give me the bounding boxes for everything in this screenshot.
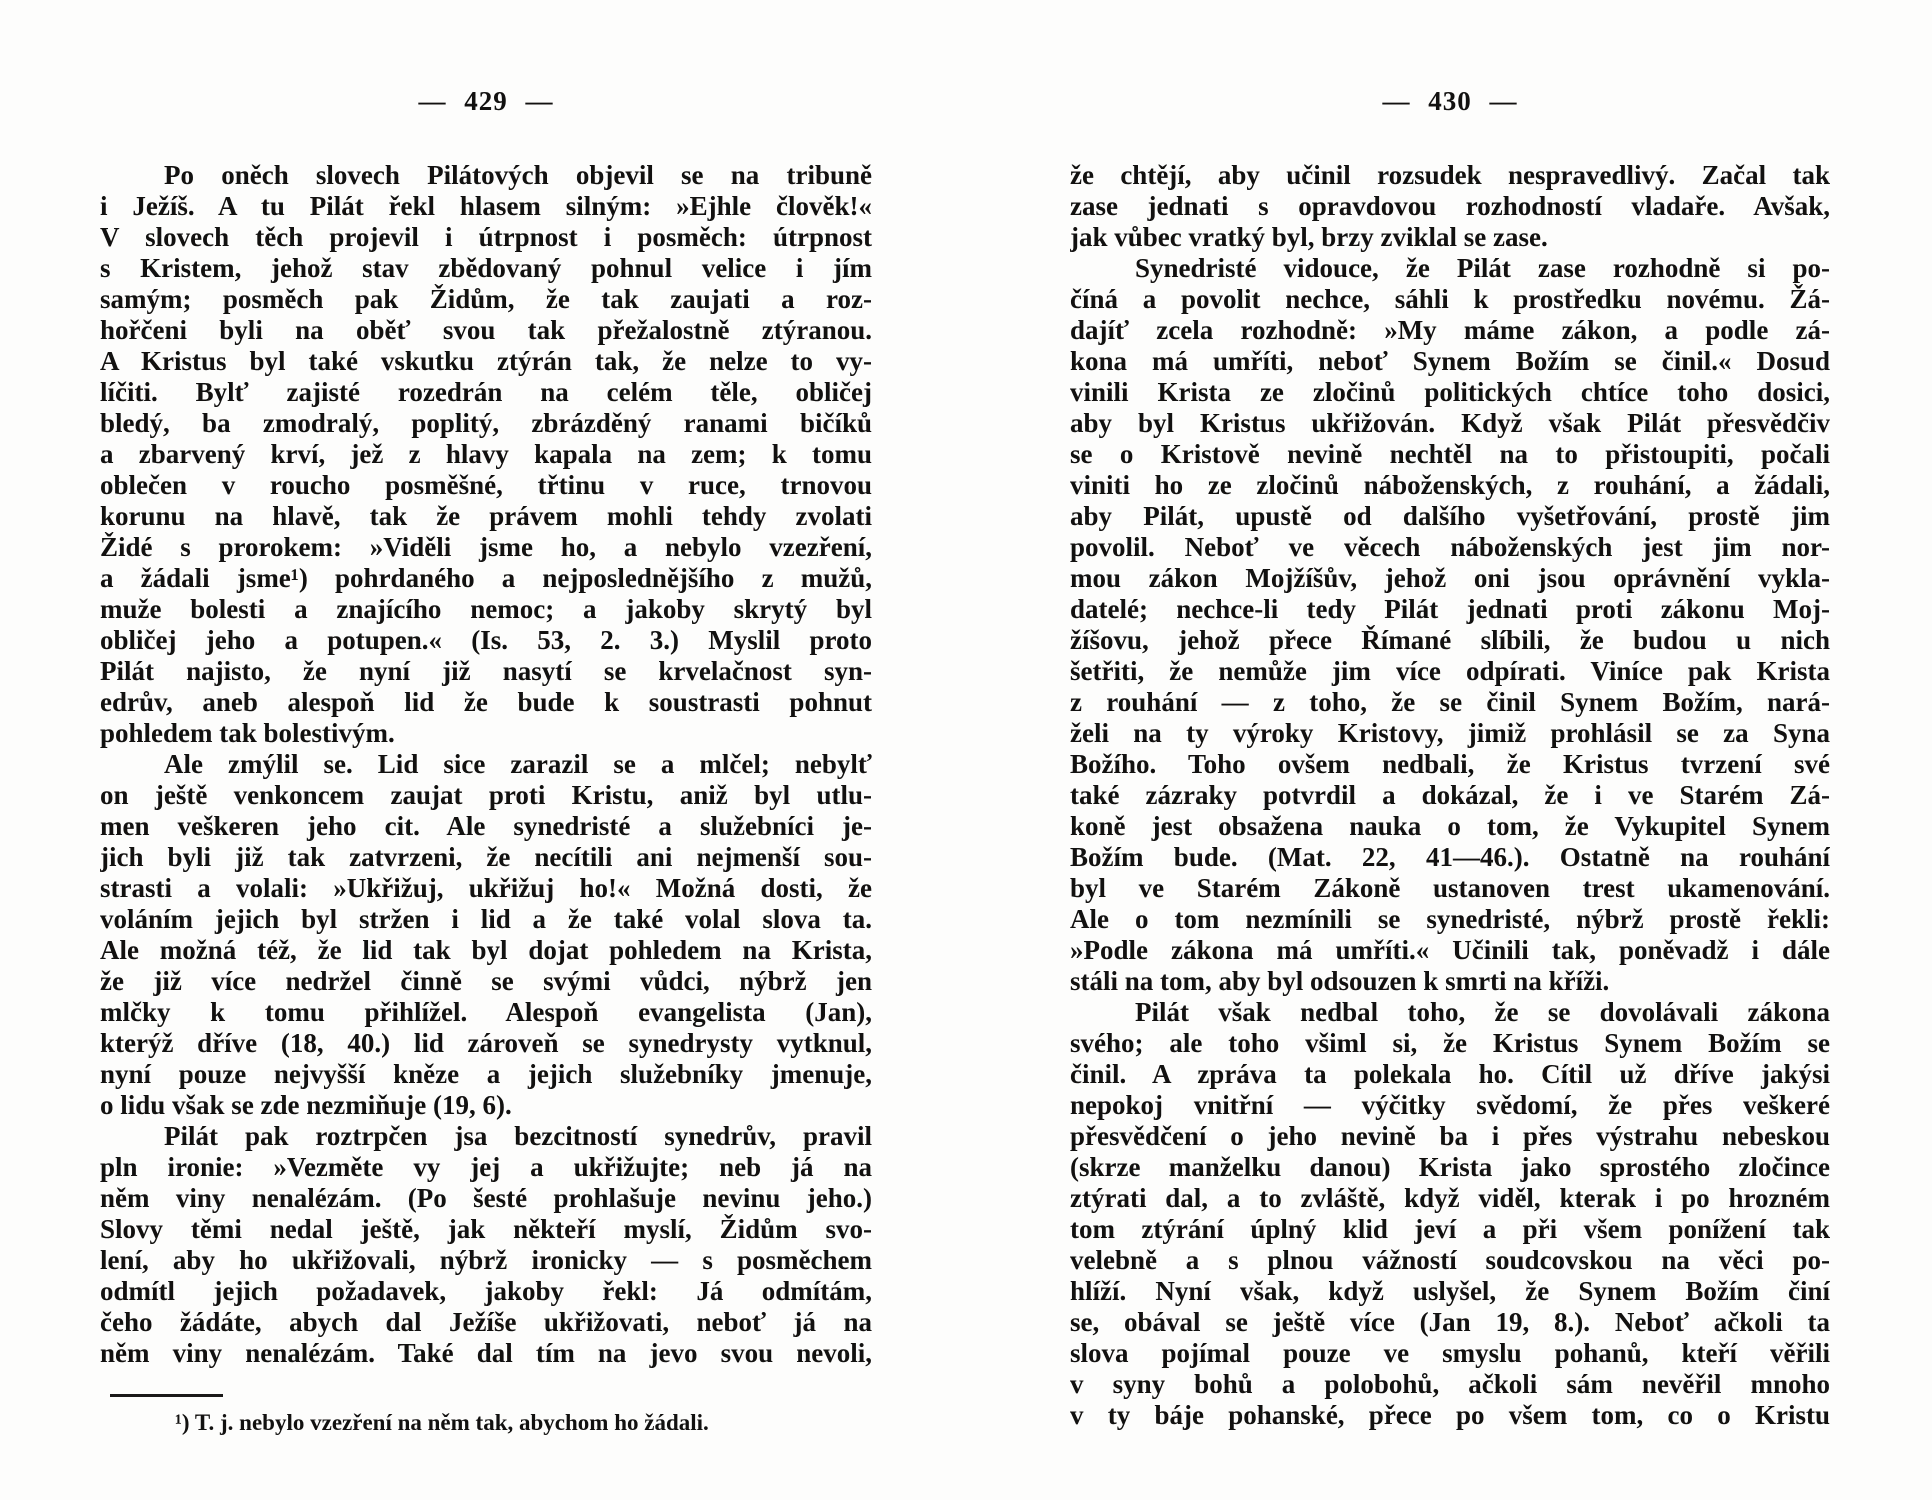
page-429-text-column: Po oněch slovech Pilátových objevil se n… xyxy=(100,160,872,1369)
text-line: čeho žádáte, abych dal Ježíše ukřižovati… xyxy=(100,1307,872,1338)
text-line: se o Kristově nevině nechtěl na to přist… xyxy=(1070,439,1830,470)
text-line: obličej jeho a potupen.« (Is. 53, 2. 3.)… xyxy=(100,625,872,656)
paragraph: že chtějí, aby učinil rozsudek nespraved… xyxy=(1070,160,1830,253)
text-line: lení, aby ho ukřižovali, nýbrž ironicky … xyxy=(100,1245,872,1276)
text-line: samým; posměch pak Židům, že tak zaujati… xyxy=(100,284,872,315)
text-line: Pilát však nedbal toho, že se dovolávali… xyxy=(1070,997,1830,1028)
text-line: číná a povolit nechce, sáhli k prostředk… xyxy=(1070,284,1830,315)
text-line: že chtějí, aby učinil rozsudek nespraved… xyxy=(1070,160,1830,191)
text-line: odmítl jejich požadavek, jakoby řekl: Já… xyxy=(100,1276,872,1307)
paragraph: Pilát pak roztrpčen jsa bezcitností syne… xyxy=(100,1121,872,1369)
text-line: z rouhání — z toho, že se činil Synem Bo… xyxy=(1070,687,1830,718)
text-line: datelé; nechce-li tedy Pilát jednati pro… xyxy=(1070,594,1830,625)
text-line: tom ztýrání úplný klid jeví a při všem p… xyxy=(1070,1214,1830,1245)
text-line: dajíť zcela rozhodně: »My máme zákon, a … xyxy=(1070,315,1830,346)
text-line: také zázraky potvrdil a dokázal, že i ve… xyxy=(1070,780,1830,811)
text-line: on ještě venkoncem zaujat proti Kristu, … xyxy=(100,780,872,811)
page-430: — 430 — že chtějí, aby učinil rozsudek n… xyxy=(1070,0,1830,1500)
text-line: s Kristem, jehož stav zbědovaný pohnul v… xyxy=(100,253,872,284)
text-line: slova pojímal pouze ve smyslu pohanů, kt… xyxy=(1070,1338,1830,1369)
text-line: i Ježíš. A tu Pilát řekl hlasem silným: … xyxy=(100,191,872,222)
text-line: v syny bohů a polobohů, ačkoli sám nevěř… xyxy=(1070,1369,1830,1400)
text-line: jich byli již tak zatvrzeni, že necítili… xyxy=(100,842,872,873)
book-spread: — 429 — Po oněch slovech Pilátových obje… xyxy=(0,0,1932,1500)
text-line: něm viny nenalézám. Také dal tím na jevo… xyxy=(100,1338,872,1369)
text-line: líčiti. Bylť zajisté rozedrán na celém t… xyxy=(100,377,872,408)
footnote-text: ¹) T. j. nebylo vzezření na něm tak, aby… xyxy=(175,1408,848,1438)
text-line: žíšovu, jehož přece Římané slíbili, že b… xyxy=(1070,625,1830,656)
text-line: aby byl Kristus ukřižován. Když však Pil… xyxy=(1070,408,1830,439)
text-line: nepokoj vnitřní — výčitky svědomí, že př… xyxy=(1070,1090,1830,1121)
text-line: edrův, aneb alespoň lid že bude k soustr… xyxy=(100,687,872,718)
text-line: mou zákon Mojžíšův, jehož oni jsou opráv… xyxy=(1070,563,1830,594)
page-number-429: — 429 — xyxy=(100,86,872,117)
text-line: hořčeni byli na oběť svou tak přežalostn… xyxy=(100,315,872,346)
text-line: Pilát najisto, že nyní již nasytí se krv… xyxy=(100,656,872,687)
text-line: se, obával se ještě více (Jan 19, 8.). N… xyxy=(1070,1307,1830,1338)
text-line: »Podle zákona má umříti.« Učinili tak, p… xyxy=(1070,935,1830,966)
paragraph: Po oněch slovech Pilátových objevil se n… xyxy=(100,160,872,749)
text-line: (skrze manželku danou) Krista jako spros… xyxy=(1070,1152,1830,1183)
text-line: muže bolesti a znajícího nemoc; a jakoby… xyxy=(100,594,872,625)
text-line: hlíží. Nyní však, když uslyšel, že Synem… xyxy=(1070,1276,1830,1307)
text-line: A Kristus byl také vskutku ztýrán tak, ž… xyxy=(100,346,872,377)
text-line: svého; ale toho všiml si, že Kristus Syn… xyxy=(1070,1028,1830,1059)
text-line: viniti ho ze zločinů náboženských, z rou… xyxy=(1070,470,1830,501)
page-430-text-column: že chtějí, aby učinil rozsudek nespraved… xyxy=(1070,160,1830,1431)
text-line: koně jest obsažena nauka o tom, že Vykup… xyxy=(1070,811,1830,842)
text-line: želi na ty výroky Kristovy, jimiž prohlá… xyxy=(1070,718,1830,749)
text-line: men veškeren jeho cit. Ale synedristé a … xyxy=(100,811,872,842)
text-line: Božího. Toho ovšem nedbali, že Kristus t… xyxy=(1070,749,1830,780)
text-line: oblečen v roucho posměšné, třtinu v ruce… xyxy=(100,470,872,501)
text-line: bledý, ba zmodralý, poplitý, zbrázděný r… xyxy=(100,408,872,439)
text-line: vinili Krista ze zločinů politických cht… xyxy=(1070,377,1830,408)
text-line: Slovy těmi nedal ještě, jak někteří mysl… xyxy=(100,1214,872,1245)
text-line: Ale zmýlil se. Lid sice zarazil se a mlč… xyxy=(100,749,872,780)
text-line: povolil. Neboť ve věcech náboženských je… xyxy=(1070,532,1830,563)
text-line: aby Pilát, upustě od dalšího vyšetřování… xyxy=(1070,501,1830,532)
paragraph: Synedristé vidouce, že Pilát zase rozhod… xyxy=(1070,253,1830,997)
text-line: Ale o tom nezmínili se synedristé, nýbrž… xyxy=(1070,904,1830,935)
page-429: — 429 — Po oněch slovech Pilátových obje… xyxy=(100,0,872,1500)
text-line: Pilát pak roztrpčen jsa bezcitností syne… xyxy=(100,1121,872,1152)
text-line: voláním jejich byl stržen i lid a že tak… xyxy=(100,904,872,935)
text-line: Židé s prorokem: »Viděli jsme ho, a neby… xyxy=(100,532,872,563)
text-line: V slovech těch projevil i útrpnost i pos… xyxy=(100,222,872,253)
text-line: činil. A zpráva ta polekala ho. Cítil už… xyxy=(1070,1059,1830,1090)
text-line: jak vůbec vratký byl, brzy zviklal se za… xyxy=(1070,222,1830,253)
text-line: byl ve Starém Zákoně ustanoven trest uka… xyxy=(1070,873,1830,904)
text-line: mlčky k tomu přihlížel. Alespoň evangeli… xyxy=(100,997,872,1028)
text-line: Božím bude. (Mat. 22, 41—46.). Ostatně n… xyxy=(1070,842,1830,873)
text-line: v ty báje pohanské, přece po všem tom, c… xyxy=(1070,1400,1830,1431)
text-line: Synedristé vidouce, že Pilát zase rozhod… xyxy=(1070,253,1830,284)
paragraph: Ale zmýlil se. Lid sice zarazil se a mlč… xyxy=(100,749,872,1121)
paragraph: Pilát však nedbal toho, že se dovolávali… xyxy=(1070,997,1830,1431)
text-line: Ale možná též, že lid tak byl dojat pohl… xyxy=(100,935,872,966)
text-line: že již více nedržel činně se svými vůdci… xyxy=(100,966,872,997)
text-line: o lidu však se zde nezmiňuje (19, 6). xyxy=(100,1090,872,1121)
text-line: velebně a s plnou vážností soudcovskou n… xyxy=(1070,1245,1830,1276)
text-line: strasti a volali: »Ukřižuj, ukřižuj ho!«… xyxy=(100,873,872,904)
text-line: a žádali jsme¹) pohrdaného a nejposledně… xyxy=(100,563,872,594)
text-line: něm viny nenalézám. (Po šesté prohlašuje… xyxy=(100,1183,872,1214)
text-line: přesvědčení o jeho nevině ba i přes výst… xyxy=(1070,1121,1830,1152)
text-line: pohledem tak bolestivým. xyxy=(100,718,872,749)
text-line: kterýž dříve (18, 40.) lid zároveň se sy… xyxy=(100,1028,872,1059)
text-line: šetřiti, že nemůže jim více odpírati. Vi… xyxy=(1070,656,1830,687)
text-line: zase jednati s opravdovou rozhodností vl… xyxy=(1070,191,1830,222)
text-line: Po oněch slovech Pilátových objevil se n… xyxy=(100,160,872,191)
text-line: pln ironie: »Vezměte vy jej a ukřižujte;… xyxy=(100,1152,872,1183)
text-line: a zbarvený krví, jež z hlavy kapala na z… xyxy=(100,439,872,470)
text-line: nyní pouze nejvyšší kněze a jejich služe… xyxy=(100,1059,872,1090)
text-line: kona má umříti, neboť Synem Božím se čin… xyxy=(1070,346,1830,377)
page-number-430: — 430 — xyxy=(1070,86,1830,117)
text-line: stáli na tom, aby byl odsouzen k smrti n… xyxy=(1070,966,1830,997)
footnote-separator-rule xyxy=(110,1394,223,1397)
text-line: ztýrati dal, a to zvláště, když viděl, k… xyxy=(1070,1183,1830,1214)
text-line: korunu na hlavě, tak že právem mohli teh… xyxy=(100,501,872,532)
